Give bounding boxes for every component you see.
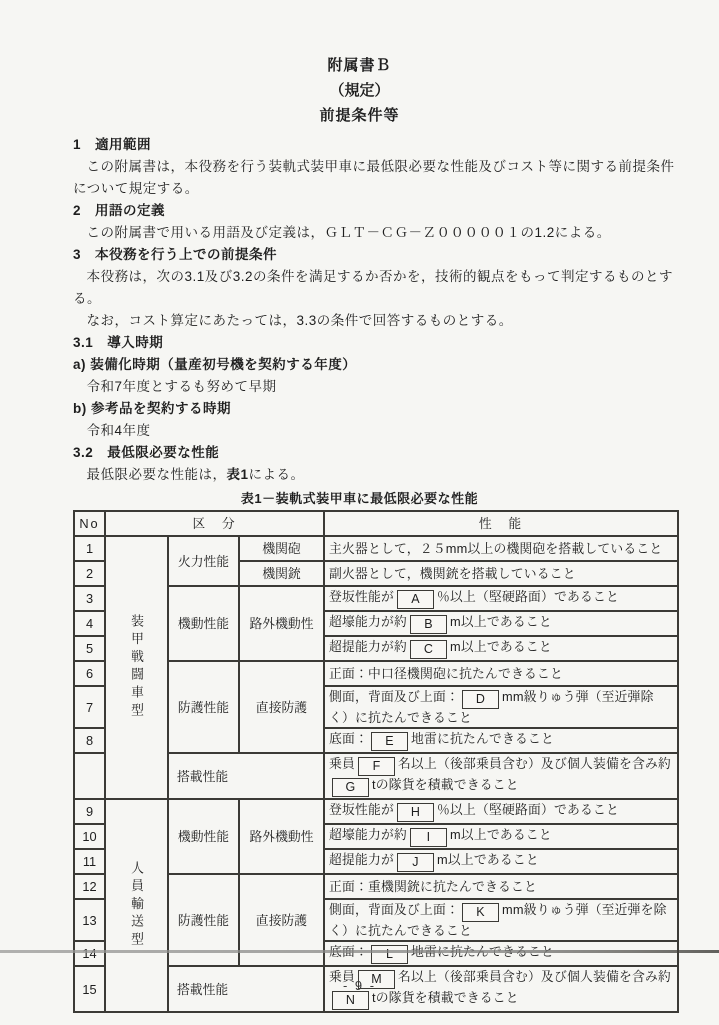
document-page: 附属書Ｂ （規定） 前提条件等 1 適用範囲 この附属書は，本役務を行う装軌式装… [0, 0, 719, 1025]
header-performance: 性 能 [324, 511, 678, 536]
annex-heading: 前提条件等 [0, 103, 719, 128]
section-3-paragraph-2: なお，コスト算定にあたっては，3.3の条件で回答するものとする。 [73, 310, 687, 332]
section-1-heading: 1 適用範囲 [73, 134, 687, 156]
placeholder-box: L [371, 945, 408, 964]
subcategory-cell: 路外機動性 [239, 586, 324, 661]
row-number-cell: 11 [74, 849, 105, 874]
placeholder-box: J [397, 853, 434, 872]
subcategory-cell: 路外機動性 [239, 799, 324, 874]
row-number-cell: 5 [74, 636, 105, 661]
section-3-paragraph-1: 本役務は，次の3.1及び3.2の条件を満足するか否かを，技術的観点をもって判定す… [73, 266, 687, 310]
category-cell: 機動性能 [168, 799, 239, 874]
performance-spec-table: No 区 分 性 能 1装甲戦闘車型火力性能機関砲主火器として，２５mm以上の機… [73, 510, 679, 1013]
row-number-cell: 7 [74, 686, 105, 728]
performance-cell: 正面：重機関銃に抗たんできること [324, 874, 678, 899]
item-b-heading: b) 参考品を契約する時期 [73, 398, 687, 420]
section-3-heading: 3 本役務を行う上での前提条件 [73, 244, 687, 266]
subcategory-cell: 直接防護 [239, 661, 324, 753]
section-3-1-heading: 3.1 導入時期 [73, 332, 687, 354]
placeholder-box: A [397, 590, 434, 609]
performance-cell: 登坂性能がA％以上（堅硬路面）であること [324, 586, 678, 611]
section-3-2-paragraph: 最低限必要な性能は，表1による。 [73, 464, 687, 486]
performance-cell: 側面，背面及び上面：Dmm級りゅう弾（至近弾除く）に抗たんできること [324, 686, 678, 728]
performance-cell: 乗員F名以上（後部乗員含む）及び個人装備を含み約Gtの隊貨を積載できること [324, 753, 678, 799]
performance-cell: 底面：E地雷に抗たんできること [324, 728, 678, 753]
row-number-cell: 8 [74, 728, 105, 753]
placeholder-box: K [462, 903, 499, 922]
performance-cell: 登坂性能がH％以上（堅硬路面）であること [324, 799, 678, 824]
row-number-cell: 12 [74, 874, 105, 899]
annex-title: 附属書Ｂ [0, 53, 719, 78]
row-number-cell: 10 [74, 824, 105, 849]
table-header-row: No 区 分 性 能 [74, 511, 678, 536]
category-cell: 機動性能 [168, 586, 239, 661]
subcategory-cell: 機関銃 [239, 561, 324, 586]
table-row: 1装甲戦闘車型火力性能機関砲主火器として，２５mm以上の機関砲を搭載していること [74, 536, 678, 561]
row-number-cell [74, 753, 105, 799]
item-a-heading: a) 装備化時期（量産初号機を契約する年度） [73, 354, 687, 376]
row-number-cell: 3 [74, 586, 105, 611]
performance-cell: 底面：L地雷に抗たんできること [324, 941, 678, 966]
placeholder-box: N [332, 991, 369, 1010]
category-cell: 防護性能 [168, 661, 239, 753]
header-no: No [74, 511, 105, 536]
category-cell: 搭載性能 [168, 753, 324, 799]
placeholder-box: D [462, 690, 499, 709]
row-number-cell: 14 [74, 941, 105, 966]
category-cell: 火力性能 [168, 536, 239, 586]
document-header: 附属書Ｂ （規定） 前提条件等 [0, 53, 719, 128]
row-number-cell: 6 [74, 661, 105, 686]
performance-cell: 超提能力が約Cm以上であること [324, 636, 678, 661]
vehicle-type-cell: 装甲戦闘車型 [105, 536, 168, 799]
table-row: 9人員輸送型機動性能路外機動性登坂性能がH％以上（堅硬路面）であること [74, 799, 678, 824]
table-reference: 表1 [227, 467, 249, 482]
annex-subtitle: （規定） [0, 78, 719, 103]
placeholder-box: C [410, 640, 447, 659]
performance-cell: 正面：中口径機関砲に抗たんできること [324, 661, 678, 686]
section-2-heading: 2 用語の定義 [73, 200, 687, 222]
performance-cell: 超壕能力が約Im以上であること [324, 824, 678, 849]
performance-cell: 側面，背面及び上面：Kmm級りゅう弾（至近弾を除く）に抗たんできること [324, 899, 678, 941]
row-number-cell: 9 [74, 799, 105, 824]
section-3-2-heading: 3.2 最低限必要な性能 [73, 442, 687, 464]
placeholder-box: E [371, 732, 408, 751]
scan-artifact-line [0, 950, 719, 953]
subcategory-cell: 機関砲 [239, 536, 324, 561]
placeholder-box: H [397, 803, 434, 822]
performance-cell: 副火器として，機関銃を搭載していること [324, 561, 678, 586]
header-category: 区 分 [105, 511, 324, 536]
placeholder-box: I [410, 828, 447, 847]
vehicle-type-label: 人員輸送型 [128, 861, 145, 950]
row-number-cell: 4 [74, 611, 105, 636]
row-number-cell: 1 [74, 536, 105, 561]
item-a-text: 令和7年度とするも努めて早期 [73, 376, 687, 398]
placeholder-box: F [358, 757, 395, 776]
placeholder-box: G [332, 778, 369, 797]
spec-table-body: 1装甲戦闘車型火力性能機関砲主火器として，２５mm以上の機関砲を搭載していること… [74, 536, 678, 1012]
performance-cell: 超壕能力が約Bm以上であること [324, 611, 678, 636]
page-number: - 9 - [0, 978, 719, 993]
row-number-cell: 2 [74, 561, 105, 586]
vehicle-type-label: 装甲戦闘車型 [128, 614, 145, 721]
item-b-text: 令和4年度 [73, 420, 687, 442]
performance-cell: 超提能力がJm以上であること [324, 849, 678, 874]
row-number-cell: 13 [74, 899, 105, 941]
section-1-paragraph: この附属書は，本役務を行う装軌式装甲車に最低限必要な性能及びコスト等に関する前提… [73, 156, 687, 200]
section-2-paragraph: この附属書で用いる用語及び定義は，ＧＬＴ－ＣＧ－Ｚ０００００１の1.2による。 [73, 222, 687, 244]
text-fragment: 最低限必要な性能は， [87, 467, 227, 482]
placeholder-box: B [410, 615, 447, 634]
text-fragment: による。 [249, 467, 305, 482]
document-body: 1 適用範囲 この附属書は，本役務を行う装軌式装甲車に最低限必要な性能及びコスト… [73, 134, 687, 486]
table-title: 表1－装軌式装甲車に最低限必要な性能 [0, 488, 719, 507]
performance-cell: 主火器として，２５mm以上の機関砲を搭載していること [324, 536, 678, 561]
